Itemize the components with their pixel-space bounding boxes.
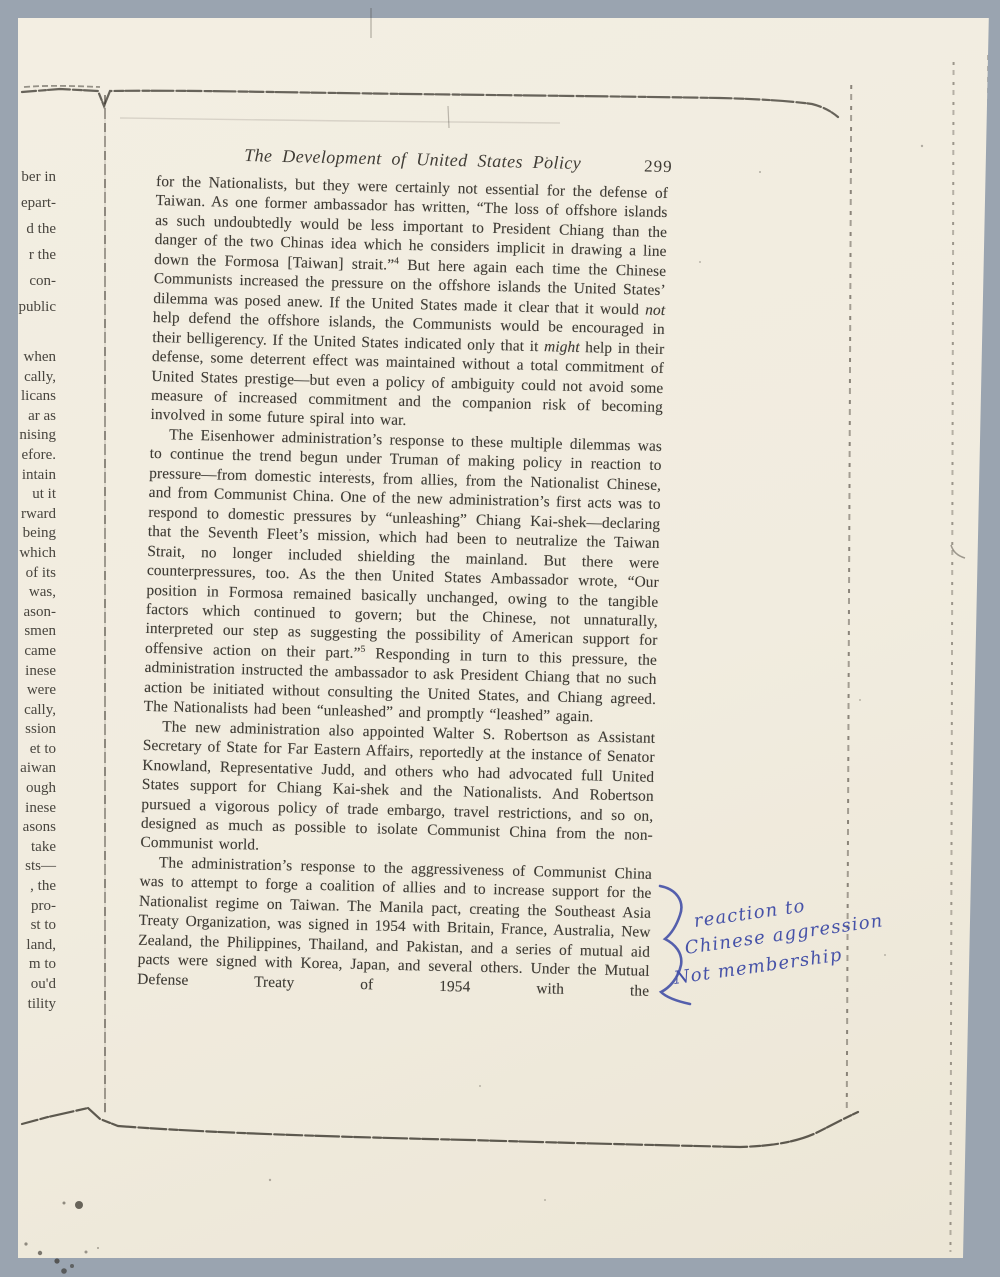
print-block: The Development of United States Policy … — [137, 143, 669, 1001]
margin-fragment: which — [18, 544, 58, 564]
margin-fragment: tility — [18, 995, 58, 1015]
margin-group-2: whencally,licansar asnisingefore.intainu… — [18, 348, 58, 1014]
page-number: 299 — [644, 156, 673, 177]
margin-fragment: asons — [18, 818, 58, 838]
margin-fragment: licans — [18, 387, 58, 407]
body-paragraph: for the Nationalists, but they were cert… — [150, 172, 668, 437]
margin-group-1: ber inepart-d ther thecon-public — [18, 164, 58, 320]
body-paragraph: The new administration also appointed Wa… — [140, 717, 655, 865]
margin-fragment: pro- — [18, 897, 58, 917]
margin-fragment: came — [18, 642, 58, 662]
margin-fragment: m to — [18, 955, 58, 975]
running-head-title: The Development of United States Policy — [157, 143, 669, 176]
margin-fragment: sts— — [18, 857, 58, 877]
margin-fragment: take — [18, 838, 58, 858]
margin-fragment: et to — [18, 740, 58, 760]
margin-fragment: , the — [18, 877, 58, 897]
margin-fragment: epart- — [18, 190, 58, 216]
margin-fragment: ber in — [18, 164, 58, 190]
margin-fragment: efore. — [18, 446, 58, 466]
margin-fragment: inese — [18, 662, 58, 682]
margin-fragment: inese — [18, 799, 58, 819]
margin-fragment: nising — [18, 426, 58, 446]
scan-line-right-outer — [949, 62, 954, 1252]
margin-fragment: intain — [18, 466, 58, 486]
scan-line-right-inner — [846, 85, 852, 1113]
margin-fragment: ou'd — [18, 975, 58, 995]
margin-fragment: d the — [18, 216, 58, 242]
margin-fragment: cally, — [18, 701, 58, 721]
margin-fragment: ut it — [18, 485, 58, 505]
margin-fragment: st to — [18, 916, 58, 936]
body-paragraph: The administration’s response to the agg… — [137, 853, 652, 1001]
body-paragraph: The Eisenhower administration’s response… — [143, 425, 662, 729]
margin-fragment: land, — [18, 936, 58, 956]
margin-fragment: smen — [18, 622, 58, 642]
margin-fragment: when — [18, 348, 58, 368]
margin-fragment: being — [18, 524, 58, 544]
margin-fragment: aiwan — [18, 759, 58, 779]
margin-fragment: r the — [18, 242, 58, 268]
margin-fragment: con- — [18, 268, 58, 294]
margin-fragment: ason- — [18, 603, 58, 623]
scanned-page: ber inepart-d ther thecon-public whencal… — [18, 18, 993, 1258]
page-crease-line — [104, 95, 106, 1113]
margin-fragment: were — [18, 681, 58, 701]
margin-fragment: rward — [18, 505, 58, 525]
body-text: for the Nationalists, but they were cert… — [137, 172, 668, 1001]
margin-fragment: ssion — [18, 720, 58, 740]
margin-fragment: ar as — [18, 407, 58, 427]
margin-fragment: cally, — [18, 368, 58, 388]
margin-fragment: was, — [18, 583, 58, 603]
margin-fragment: ough — [18, 779, 58, 799]
margin-fragment: of its — [18, 564, 58, 584]
page-edge-shadow — [963, 18, 993, 1258]
margin-fragment: public — [18, 294, 58, 320]
